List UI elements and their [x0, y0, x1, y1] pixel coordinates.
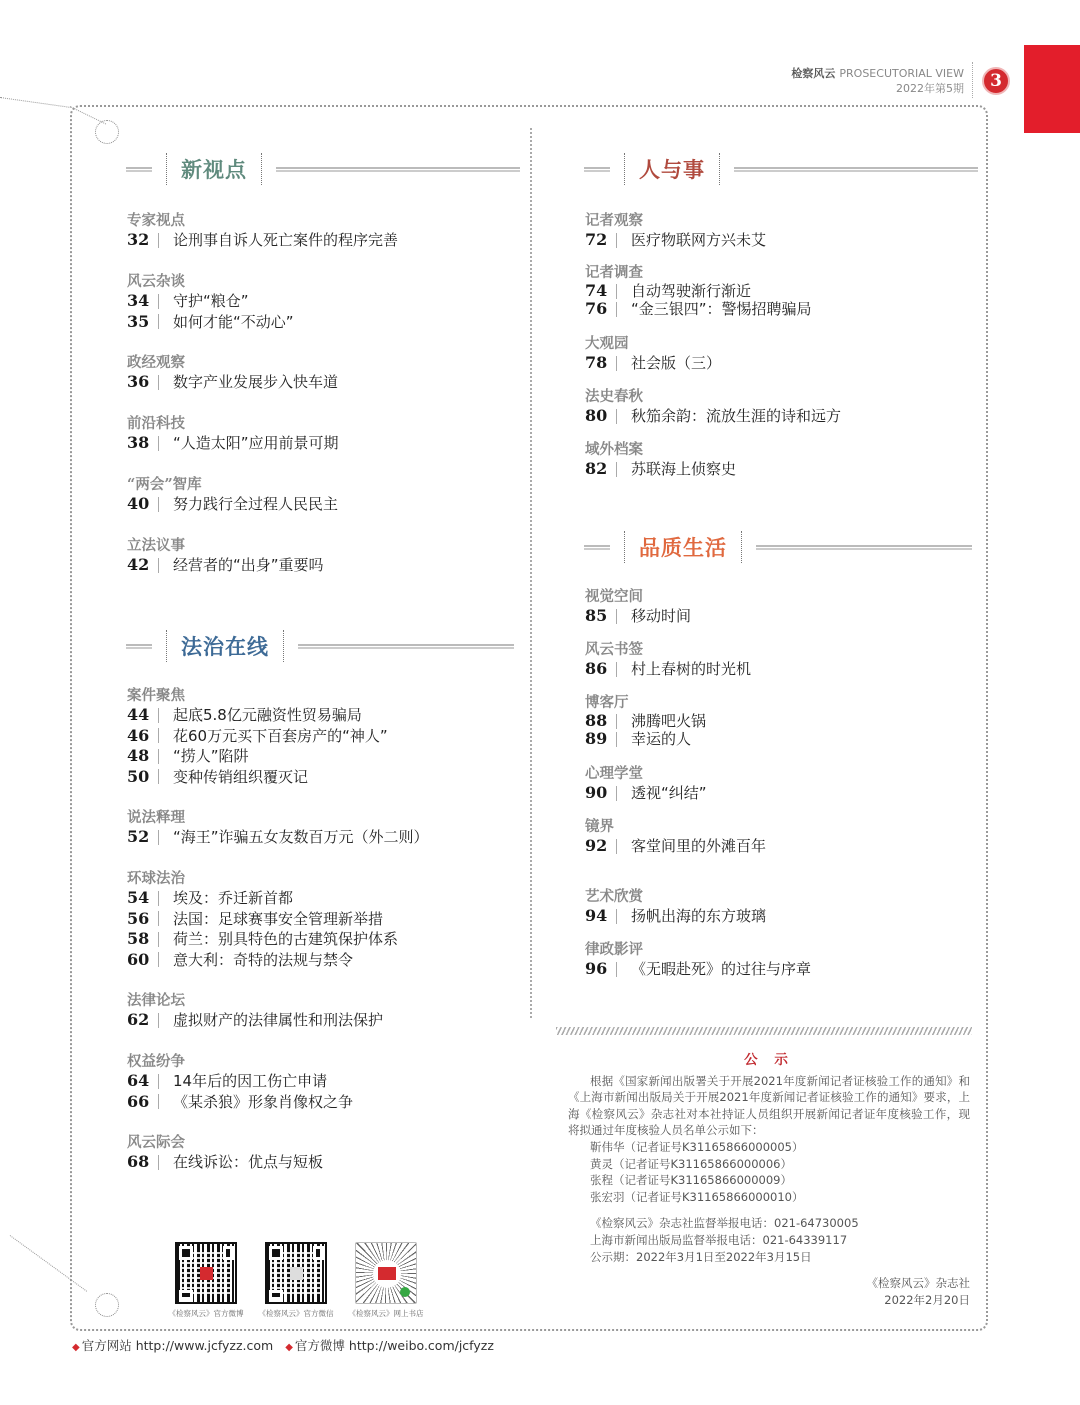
decorative-circle-icon	[95, 1293, 119, 1317]
category-label: 镜界	[585, 817, 766, 836]
article-title: 秋笳余韵：流放生涯的诗和远方	[631, 406, 841, 427]
category-label: 风云杂谈	[127, 272, 294, 291]
decorative-circle-icon	[95, 120, 119, 144]
page-number: 35	[127, 312, 153, 333]
article-title: 在线诉讼：优点与短板	[173, 1152, 323, 1173]
article-title: 社会版（三）	[631, 353, 721, 374]
article-title: 如何才能“不动心”	[173, 312, 294, 333]
toc-group: 前沿科技 38“人造太阳”应用前景可期	[127, 414, 339, 454]
article-title: 《某杀狼》形象肖像权之争	[173, 1092, 353, 1113]
article-title: “捞人”陷阱	[173, 746, 249, 767]
toc-entry[interactable]: 92客堂间里的外滩百年	[585, 836, 766, 857]
article-title: 《无暇赴死》的过往与序章	[631, 959, 811, 980]
category-label: 环球法治	[127, 869, 398, 888]
article-title: 法国：足球赛事安全管理新举措	[173, 909, 383, 930]
toc-entry[interactable]: 88沸腾吧火锅	[585, 712, 706, 730]
page-number: 68	[127, 1152, 153, 1173]
public-notice: 公 示 根据《国家新闻出版署关于开展2021年度新闻记者证核验工作的通知》和《上…	[568, 1052, 970, 1308]
issue-label: 2022年第5期	[791, 81, 964, 96]
qr-weibo[interactable]: 《检察风云》官方微博	[161, 1242, 251, 1319]
weibo-link[interactable]: http://weibo.com/jcfyzz	[349, 1338, 494, 1353]
toc-entry[interactable]: 44起底5.8亿元融资性贸易骗局	[127, 705, 388, 726]
footer-label: 官方网站	[82, 1338, 132, 1353]
article-title: 起底5.8亿元融资性贸易骗局	[173, 705, 362, 726]
header-divider	[972, 62, 973, 98]
mini-program-code-icon	[355, 1242, 417, 1304]
article-title: 花60万元买下百套房产的“神人”	[173, 726, 388, 747]
hatched-divider	[556, 1027, 972, 1035]
toc-entry[interactable]: 40努力践行全过程人民民主	[127, 494, 338, 515]
page-number: 92	[585, 836, 611, 857]
notice-title: 公 示	[568, 1052, 970, 1069]
toc-entry[interactable]: 36数字产业发展步入快车道	[127, 372, 338, 393]
category-label: 立法议事	[127, 536, 324, 555]
toc-group: 专家视点 32论刑事自诉人死亡案件的程序完善	[127, 211, 398, 251]
section-header-pinzhishenghuo: 品质生活	[584, 530, 972, 564]
page-number: 60	[127, 950, 153, 971]
article-title: 幸运的人	[631, 730, 691, 748]
article-title: “海王”诈骗五女友数百万元（外二则）	[173, 827, 429, 848]
notice-contacts: 《检察风云》杂志社监督举报电话：021-64730005 上海市新闻出版局监督举…	[568, 1215, 970, 1265]
page-number: 46	[127, 726, 153, 747]
article-title: 苏联海上侦察史	[631, 459, 736, 480]
article-title: 意大利：奇特的法规与禁令	[173, 950, 353, 971]
page-number: 82	[585, 459, 611, 480]
section-title: 新视点	[181, 154, 247, 184]
qr-caption: 《检察风云》网上书店	[341, 1308, 431, 1319]
page-number: 88	[585, 712, 611, 730]
category-label: 域外档案	[585, 440, 736, 459]
category-label: 权益纷争	[127, 1052, 353, 1071]
page-number: 94	[585, 906, 611, 927]
notice-contact: 公示期：2022年3月1日至2022年3月15日	[590, 1249, 970, 1266]
toc-entry[interactable]: 35如何才能“不动心”	[127, 312, 294, 333]
section-title: 法治在线	[181, 631, 269, 661]
notice-name: 张宏羽（记者证号K31165866000010）	[590, 1189, 970, 1206]
section-header-xinshidian: 新视点	[126, 152, 520, 186]
category-label: 视觉空间	[585, 587, 691, 606]
page-number: 38	[127, 433, 153, 454]
category-label: 大观园	[585, 334, 721, 353]
page-number: 48	[127, 746, 153, 767]
article-title: 数字产业发展步入快车道	[173, 372, 338, 393]
toc-entry[interactable]: 46花60万元买下百套房产的“神人”	[127, 726, 388, 747]
toc-group: 风云书签 86村上春树的时光机	[585, 640, 751, 680]
diamond-bullet-icon: ◆	[72, 1342, 80, 1353]
page-number: 34	[127, 291, 153, 312]
toc-entry[interactable]: 86村上春树的时光机	[585, 659, 751, 680]
toc-entry[interactable]: 38“人造太阳”应用前景可期	[127, 433, 339, 454]
magazine-brand-en: PROSECUTORIAL VIEW	[839, 67, 964, 80]
notice-signature: 《检察风云》杂志社 2022年2月20日	[568, 1275, 970, 1308]
category-label: 前沿科技	[127, 414, 339, 433]
toc-group: 法史春秋 80秋笳余韵：流放生涯的诗和远方	[585, 387, 841, 427]
notice-signer: 《检察风云》杂志社	[568, 1275, 970, 1292]
category-label: “两会”智库	[127, 475, 338, 494]
page-number: 85	[585, 606, 611, 627]
article-title: 移动时间	[631, 606, 691, 627]
notice-contact: 上海市新闻出版局监督举报电话：021-64339117	[590, 1232, 970, 1249]
page-number-badge: 3	[982, 67, 1010, 95]
page-number: 78	[585, 353, 611, 374]
toc-group: 镜界 92客堂间里的外滩百年	[585, 817, 766, 857]
toc-group: 博客厅 88沸腾吧火锅 89幸运的人	[585, 693, 706, 748]
category-label: 律政影评	[585, 940, 811, 959]
article-title: 14年后的因工伤亡申请	[173, 1071, 327, 1092]
column-divider	[530, 128, 532, 1018]
toc-entry[interactable]: 82苏联海上侦察史	[585, 459, 736, 480]
category-label: 博客厅	[585, 693, 706, 712]
article-title: 荷兰：别具特色的古建筑保护体系	[173, 929, 398, 950]
toc-group: “两会”智库 40努力践行全过程人民民主	[127, 475, 338, 515]
notice-name-list: 靳伟华（记者证号K31165866000005） 黄灵（记者证号K3116586…	[568, 1139, 970, 1205]
qr-caption: 《检察风云》官方微博	[161, 1308, 251, 1319]
toc-group: 立法议事 42经营者的“出身”重要吗	[127, 536, 324, 576]
toc-group: 记者调查 74自动驾驶渐行渐近 76“金三银四”：警惕招聘骗局	[585, 263, 812, 318]
footer-label: 官方微博	[295, 1338, 345, 1353]
red-page-tab	[1024, 45, 1080, 133]
category-label: 法史春秋	[585, 387, 841, 406]
qr-bookstore[interactable]: 《检察风云》网上书店	[341, 1242, 431, 1319]
article-title: 自动驾驶渐行渐近	[631, 282, 751, 300]
toc-entry[interactable]: 66《某杀狼》形象肖像权之争	[127, 1092, 353, 1113]
category-label: 风云际会	[127, 1133, 323, 1152]
notice-name: 黄灵（记者证号K31165866000006）	[590, 1156, 970, 1173]
toc-entry[interactable]: 94扬帆出海的东方玻璃	[585, 906, 766, 927]
magazine-brand: 检察风云	[791, 67, 835, 80]
article-title: 客堂间里的外滩百年	[631, 836, 766, 857]
article-title: 变种传销组织覆灭记	[173, 767, 308, 788]
article-title: 医疗物联网方兴未艾	[631, 230, 766, 251]
page-number: 80	[585, 406, 611, 427]
toc-entry[interactable]: 72医疗物联网方兴未艾	[585, 230, 766, 251]
toc-entry[interactable]: 90透视“纠结”	[585, 783, 707, 804]
toc-entry[interactable]: 68在线诉讼：优点与短板	[127, 1152, 323, 1173]
toc-entry[interactable]: 50变种传销组织覆灭记	[127, 767, 388, 788]
toc-entry[interactable]: 85移动时间	[585, 606, 691, 627]
toc-entry[interactable]: 34守护“粮仓”	[127, 291, 294, 312]
toc-entry[interactable]: 96《无暇赴死》的过往与序章	[585, 959, 811, 980]
page-number: 56	[127, 909, 153, 930]
article-title: 虚拟财产的法律属性和刑法保护	[173, 1010, 383, 1031]
section-title: 人与事	[639, 154, 705, 184]
toc-entry[interactable]: 42经营者的“出身”重要吗	[127, 555, 324, 576]
page-number: 36	[127, 372, 153, 393]
page-number: 89	[585, 730, 611, 748]
section-title: 品质生活	[639, 532, 727, 562]
toc-entry[interactable]: 6414年后的因工伤亡申请	[127, 1071, 353, 1092]
toc-entry[interactable]: 62虚拟财产的法律属性和刑法保护	[127, 1010, 383, 1031]
toc-entry[interactable]: 89幸运的人	[585, 730, 706, 748]
page-number: 76	[585, 300, 611, 318]
footer-weibo[interactable]: ◆官方微博 http://weibo.com/jcfyzz	[285, 1338, 494, 1353]
notice-name: 张程（记者证号K31165866000009）	[590, 1172, 970, 1189]
article-title: 沸腾吧火锅	[631, 712, 706, 730]
page-number: 54	[127, 888, 153, 909]
toc-entry[interactable]: 80秋笳余韵：流放生涯的诗和远方	[585, 406, 841, 427]
page-number: 44	[127, 705, 153, 726]
decorative-dotted-line	[0, 97, 71, 108]
category-label: 说法释理	[127, 808, 429, 827]
notice-date: 2022年2月20日	[568, 1292, 970, 1309]
toc-group: 政经观察 36数字产业发展步入快车道	[127, 353, 338, 393]
category-label: 记者调查	[585, 263, 812, 282]
category-label: 艺术欣赏	[585, 887, 766, 906]
toc-entry[interactable]: 60意大利：奇特的法规与禁令	[127, 950, 398, 971]
article-title: 透视“纠结”	[631, 783, 707, 804]
page-number: 74	[585, 282, 611, 300]
article-title: 论刑事自诉人死亡案件的程序完善	[173, 230, 398, 251]
toc-group: 案件聚焦 44起底5.8亿元融资性贸易骗局 46花60万元买下百套房产的“神人”…	[127, 686, 388, 787]
toc-group: 艺术欣赏 94扬帆出海的东方玻璃	[585, 887, 766, 927]
footer-website[interactable]: ◆官方网站 http://www.jcfyzz.com	[72, 1338, 273, 1353]
page-number: 96	[585, 959, 611, 980]
qr-caption: 《检察风云》官方微信	[251, 1308, 341, 1319]
page-number: 86	[585, 659, 611, 680]
toc-entry[interactable]: 48“捞人”陷阱	[127, 746, 388, 767]
toc-entry[interactable]: 32论刑事自诉人死亡案件的程序完善	[127, 230, 398, 251]
toc-group: 环球法治 54埃及：乔迁新首都 56法国：足球赛事安全管理新举措 58荷兰：别具…	[127, 869, 398, 970]
page-number: 66	[127, 1092, 153, 1113]
magazine-header: 检察风云PROSECUTORIAL VIEW 2022年第5期	[791, 66, 964, 96]
page-number: 52	[127, 827, 153, 848]
toc-entry[interactable]: 74自动驾驶渐行渐近	[585, 282, 812, 300]
wechat-qr-icon	[265, 1242, 327, 1304]
toc-group: 权益纷争 6414年后的因工伤亡申请 66《某杀狼》形象肖像权之争	[127, 1052, 353, 1112]
toc-group: 风云际会 68在线诉讼：优点与短板	[127, 1133, 323, 1173]
article-title: “人造太阳”应用前景可期	[173, 433, 339, 454]
toc-group: 律政影评 96《无暇赴死》的过往与序章	[585, 940, 811, 980]
toc-group: 心理学堂 90透视“纠结”	[585, 764, 707, 804]
article-title: 埃及：乔迁新首都	[173, 888, 293, 909]
category-label: 政经观察	[127, 353, 338, 372]
toc-entry[interactable]: 54埃及：乔迁新首都	[127, 888, 398, 909]
page-number: 32	[127, 230, 153, 251]
category-label: 心理学堂	[585, 764, 707, 783]
notice-contact: 《检察风云》杂志社监督举报电话：021-64730005	[590, 1215, 970, 1232]
article-title: 守护“粮仓”	[173, 291, 249, 312]
toc-group: 法律论坛 62虚拟财产的法律属性和刑法保护	[127, 991, 383, 1031]
weibo-qr-icon	[175, 1242, 237, 1304]
page-number: 40	[127, 494, 153, 515]
footer-links: ◆官方网站 http://www.jcfyzz.com ◆官方微博 http:/…	[72, 1336, 502, 1354]
category-label: 案件聚焦	[127, 686, 388, 705]
toc-entry[interactable]: 52“海王”诈骗五女友数百万元（外二则）	[127, 827, 429, 848]
website-link[interactable]: http://www.jcfyzz.com	[136, 1338, 274, 1353]
notice-body: 根据《国家新闻出版署关于开展2021年度新闻记者证核验工作的通知》和《上海市新闻…	[568, 1073, 970, 1139]
page-number: 62	[127, 1010, 153, 1031]
article-title: 扬帆出海的东方玻璃	[631, 906, 766, 927]
page-number: 58	[127, 929, 153, 950]
page-number: 42	[127, 555, 153, 576]
toc-entry[interactable]: 58荷兰：别具特色的古建筑保护体系	[127, 929, 398, 950]
article-title: 努力践行全过程人民民主	[173, 494, 338, 515]
toc-group: 视觉空间 85移动时间	[585, 587, 691, 627]
toc-group: 说法释理 52“海王”诈骗五女友数百万元（外二则）	[127, 808, 429, 848]
section-header-renyushi: 人与事	[584, 152, 978, 186]
category-label: 风云书签	[585, 640, 751, 659]
toc-entry[interactable]: 76“金三银四”：警惕招聘骗局	[585, 300, 812, 318]
notice-name: 靳伟华（记者证号K31165866000005）	[590, 1139, 970, 1156]
article-title: 经营者的“出身”重要吗	[173, 555, 324, 576]
article-title: 村上春树的时光机	[631, 659, 751, 680]
toc-group: 记者观察 72医疗物联网方兴未艾	[585, 211, 766, 251]
toc-group: 大观园 78社会版（三）	[585, 334, 721, 374]
category-label: 专家视点	[127, 211, 398, 230]
page-number: 64	[127, 1071, 153, 1092]
toc-entry[interactable]: 56法国：足球赛事安全管理新举措	[127, 909, 398, 930]
section-header-fazhizaixian: 法治在线	[126, 629, 514, 663]
qr-wechat[interactable]: 《检察风云》官方微信	[251, 1242, 341, 1319]
diamond-bullet-icon: ◆	[285, 1342, 293, 1353]
article-title: “金三银四”：警惕招聘骗局	[631, 300, 812, 318]
toc-group: 风云杂谈 34守护“粮仓” 35如何才能“不动心”	[127, 272, 294, 332]
category-label: 记者观察	[585, 211, 766, 230]
category-label: 法律论坛	[127, 991, 383, 1010]
toc-group: 域外档案 82苏联海上侦察史	[585, 440, 736, 480]
page-number: 50	[127, 767, 153, 788]
page-number: 72	[585, 230, 611, 251]
page-number: 90	[585, 783, 611, 804]
toc-entry[interactable]: 78社会版（三）	[585, 353, 721, 374]
